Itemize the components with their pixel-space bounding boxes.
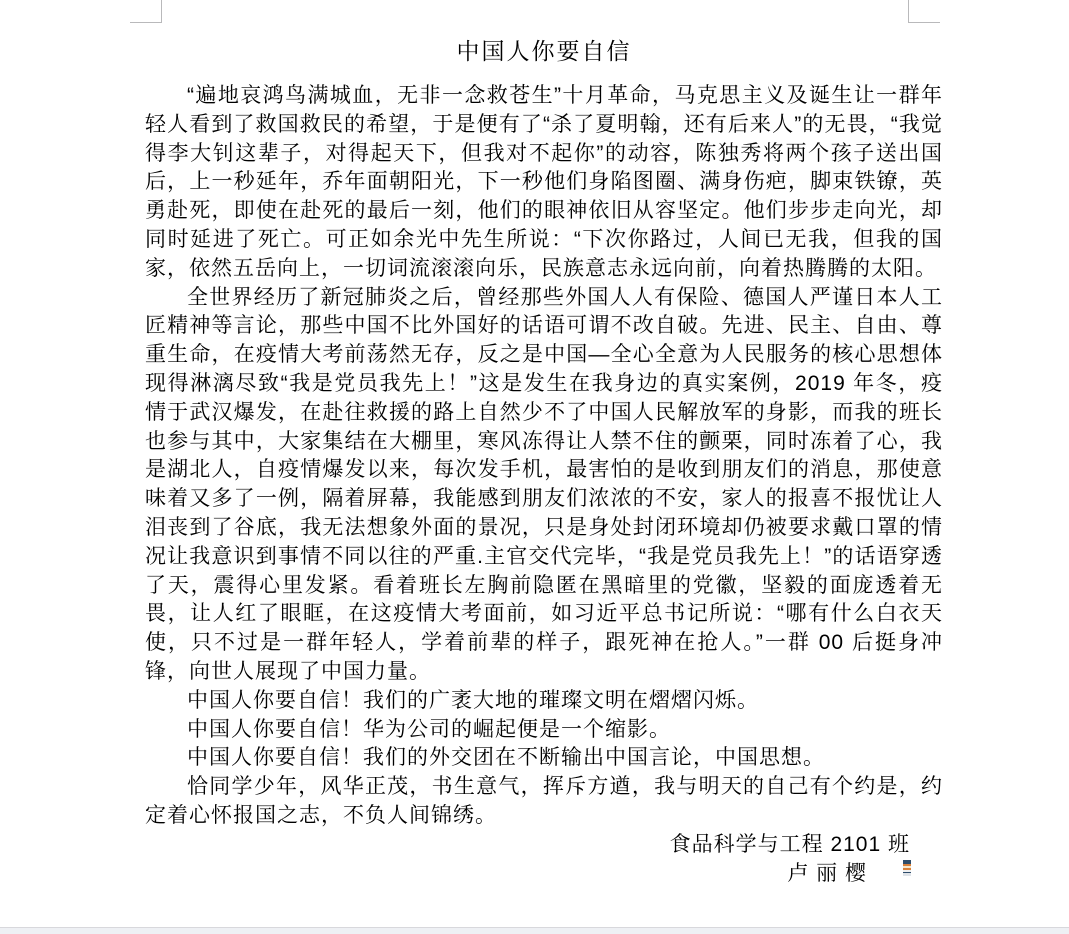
paragraph-5[interactable]: 中国人你要自信！我们的外交团在不断输出中国言论，中国思想。 xyxy=(145,744,943,773)
page-margin-mark-top-left xyxy=(130,0,162,23)
paragraph-4[interactable]: 中国人你要自信！华为公司的崛起便是一个缩影。 xyxy=(145,716,943,745)
page-margin-mark-top-right xyxy=(908,0,940,23)
paragraph-3[interactable]: 中国人你要自信！我们的广袤大地的璀璨文明在熠熠闪烁。 xyxy=(145,687,943,716)
collab-cursor-icon xyxy=(903,860,911,876)
paragraph-2[interactable]: 全世界经历了新冠肺炎之后，曾经那些外国人人有保险、德国人严谨日本人工匠精神等言论… xyxy=(145,284,943,687)
document-page: 中国人你要自信 “遍地哀鸿鸟满城血，无非一念救苍生”十月革命，马克思主义及诞生让… xyxy=(0,0,1069,934)
page-bottom-edge xyxy=(0,927,1069,934)
signature-name-line[interactable]: 卢 丽 樱 xyxy=(145,860,943,889)
signature-class-line[interactable]: 食品科学与工程 2101 班 xyxy=(145,831,943,860)
paragraph-6[interactable]: 恰同学少年，风华正茂，书生意气，挥斥方遒，我与明天的自己有个约是，约定着心怀报国… xyxy=(145,773,943,831)
document-body[interactable]: 中国人你要自信 “遍地哀鸿鸟满城血，无非一念救苍生”十月革命，马克思主义及诞生让… xyxy=(145,36,943,888)
paragraph-1[interactable]: “遍地哀鸿鸟满城血，无非一念救苍生”十月革命，马克思主义及诞生让一群年轻人看到了… xyxy=(145,82,943,284)
document-title: 中国人你要自信 xyxy=(145,36,943,66)
